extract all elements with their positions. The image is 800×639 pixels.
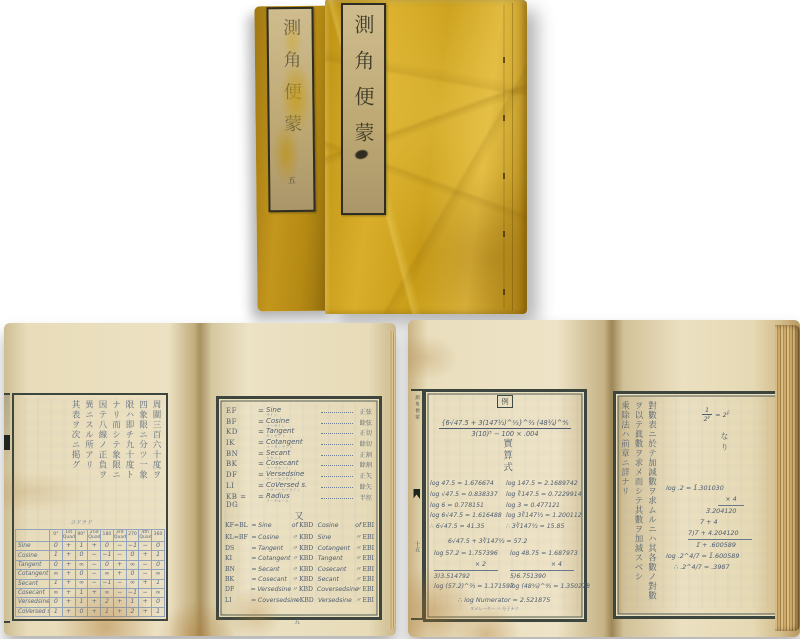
table-cell: 0: [50, 560, 63, 569]
function-name: Tangent: [258, 545, 290, 552]
connector: 〃: [354, 574, 363, 583]
table-cell: −: [139, 570, 152, 579]
table-cell: −: [139, 560, 152, 569]
log-column-d: log 48.75 = 1.687973× 45)6.751390log (48…: [510, 550, 590, 594]
result-line: ∴ log Numerator = 2.521875: [458, 596, 550, 604]
table-cell: −1: [126, 542, 139, 551]
table-cell: −: [139, 542, 152, 551]
closed-book-back: 測角便蒙 五: [254, 6, 335, 312]
connector: 〃: [354, 543, 363, 552]
math-lines: log .2 = 1̄.301030× 43̄.2041207̄ + 47)7̄…: [666, 484, 776, 574]
table-cell: 2: [126, 607, 139, 616]
table-row: Cotangent∞+0−∞+0−∞: [16, 570, 165, 579]
table-header-cell: 3rd Quad: [113, 530, 126, 542]
term-kanji: 正弦: [356, 407, 372, 416]
handwritten-line: 7̄ + 4: [700, 518, 776, 529]
table-cell: +: [88, 607, 101, 616]
table-cell: 0: [152, 542, 165, 551]
table-cell: ∞: [126, 579, 139, 588]
handwritten-line: 3)3.514792: [434, 573, 514, 584]
table-row: Versedsine0+1+2+1+0: [16, 598, 165, 607]
function-name: Secant: [318, 576, 354, 583]
function-name: Cosecant: [318, 566, 354, 573]
dot-leader: [321, 471, 353, 477]
relation-row: KL=BF=Cosine〃KBDSine〃EBI: [225, 532, 376, 542]
table-cell: ∞: [152, 570, 165, 579]
term: Radiusラーヂユース: [266, 493, 318, 504]
handwritten-line: 1̄ + .600589: [696, 541, 776, 552]
equals-sign: =: [258, 439, 266, 447]
vertical-text-column: 乘除法ハ前章ニ詳ナリ: [620, 401, 629, 496]
term-kanji: 餘切: [356, 439, 372, 448]
equals-sign: =: [258, 450, 266, 458]
table-row: Secant1+∞−−1−∞+1: [16, 579, 165, 588]
closed-book-front: 測角便蒙: [325, 0, 527, 314]
table-cell: +: [139, 551, 152, 560]
angle-label: KBD: [299, 555, 318, 562]
function-name: Versedsine: [318, 597, 354, 604]
table-cell: 0: [75, 570, 88, 579]
fraction-numerator: 1: [702, 406, 712, 415]
table-cell: +: [62, 551, 75, 560]
function-name: Cosecant: [258, 576, 290, 583]
equals-sign: =: [251, 522, 258, 529]
quadrant-sign-table: 0°1st Quad90°2nd Quad1803rd Quad2704th Q…: [15, 529, 165, 617]
table-header-cell: 90°: [75, 530, 88, 542]
relation-row: BN=Secant〃KBDCosecant〃EBI: [225, 564, 376, 574]
handwritten-line: log 47.5 = 1.676674: [430, 480, 502, 491]
relation-list: KF=BL=SineofKBDCosineofEBIKL=BF=Cosine〃K…: [225, 522, 376, 605]
book-title-text: 測角便蒙: [349, 14, 378, 158]
table-header-cell: [16, 530, 50, 542]
vertical-text-column: 周圍三百六十度ヲ: [152, 400, 161, 480]
table-cell: +: [62, 598, 75, 607]
table-cell: 0: [75, 607, 88, 616]
table-cell: ∞: [75, 560, 88, 569]
connector: 〃: [291, 595, 300, 604]
table-cell: 1: [152, 551, 165, 560]
table-cell: +: [62, 588, 75, 597]
fraction-formula: 1 2y = 2ȳ: [702, 406, 729, 423]
example-formula: {6√47.5 + 3(147½)^⅓}^⅔ (48¾)^⅘ 3(10)⁵ − …: [431, 410, 579, 438]
handwritten-line: log 3∛147½ = 1.200112: [506, 512, 582, 523]
row-label-cell: Sine: [16, 542, 50, 551]
table-cell: +: [62, 542, 75, 551]
table-cell: −1: [126, 588, 139, 597]
also-heading: 又: [219, 509, 379, 522]
handwritten-line: ∴ 6√47.5 = 41.35: [430, 523, 502, 534]
symbol-label: DS: [225, 545, 251, 552]
equals-sign: =: [251, 566, 258, 573]
dot-leader: [321, 482, 353, 488]
row-label-cell: Secant: [16, 579, 50, 588]
table-header-cell: 0°: [50, 530, 63, 542]
equals-sign: =: [258, 418, 266, 426]
vertical-text-column: 限ハ即チ九十度ト: [125, 400, 134, 480]
nari-text: なり: [719, 432, 730, 454]
table-header-cell: 180: [101, 530, 114, 542]
relation-row: KF=BL=SineofKBDCosineofEBI: [225, 522, 376, 532]
table-cell: 0: [50, 598, 63, 607]
table-cell: −: [88, 570, 101, 579]
table-cell: 1: [75, 542, 88, 551]
handwritten-line: log .2^4/7 = 1̄.600589: [666, 552, 776, 563]
equals-sign: =: [251, 576, 258, 583]
angle-label: KBD: [299, 576, 318, 583]
handwritten-line: log √47.5 = 0.838337: [430, 491, 502, 502]
photo-canvas: 測角便蒙 五 測角便蒙 周圍三百六十度ヲ四象限ニ分ツ一象限ハ即チ九十度トナリ而シ…: [0, 0, 800, 639]
function-name: Tangent: [318, 555, 354, 562]
connector: of: [290, 522, 299, 529]
dot-leader: [321, 418, 353, 424]
term-kanji: 餘割: [356, 460, 372, 469]
table-cell: ∞: [126, 560, 139, 569]
table-cell: −: [113, 579, 126, 588]
table-cell: −: [113, 588, 126, 597]
row-label-cell: CoVersed s.: [16, 607, 50, 616]
table-cell: ∞: [50, 570, 63, 579]
sum-line: 6√47.5 + 3∛147½ = 57.2: [448, 538, 527, 545]
table-cell: 0: [101, 542, 114, 551]
definition-row: LI=CoVersed s.コヴァーセドサイン餘矢: [226, 482, 372, 493]
formula-denominator: 3(10)⁵ − 100 × .004: [431, 430, 579, 438]
table-cell: +: [62, 560, 75, 569]
dot-leader: [321, 493, 353, 499]
equals-sign: =: [258, 407, 266, 415]
symbol-label: BF: [226, 418, 258, 426]
function-name: Cotangent: [258, 555, 290, 562]
table-cell: 1: [75, 598, 88, 607]
handwritten-line: log (48¾)^⅘ = 1.350278: [510, 583, 590, 594]
row-label-cell: Tangent: [16, 560, 50, 569]
table-cell: +: [113, 570, 126, 579]
vertical-text-column: 四象限ニ分ツ一象: [138, 400, 147, 480]
equals-sign: =: [258, 493, 266, 501]
table-cell: ∞: [101, 588, 114, 597]
table-cell: +: [139, 607, 152, 616]
connector: 〃: [290, 543, 299, 552]
angle-label: EBI: [363, 576, 377, 583]
page-edge-strip: [389, 331, 396, 629]
table-cell: +: [62, 570, 75, 579]
connector: 〃: [354, 584, 363, 593]
table-cell: +: [88, 542, 101, 551]
table-row: Cosine1+0−−1−0+1: [16, 551, 165, 560]
symbol-label: KD: [226, 428, 258, 436]
log-column-b: log 147.5 = 2.1689742log ∛147.5 = 0.7229…: [506, 480, 582, 534]
fraction-rhs: = 2ȳ: [715, 411, 729, 419]
handwritten-line: log 3 = 0.477121: [506, 502, 582, 513]
table-cell: 1: [152, 579, 165, 588]
handwritten-line: log 48.75 = 1.687973: [510, 550, 590, 561]
dot-leader: [321, 439, 353, 445]
handwritten-line: 5)6.751390: [510, 573, 590, 584]
symbol-label: EF: [226, 407, 258, 415]
binding-stitches: [503, 5, 505, 309]
function-name: Coversedsine: [317, 586, 354, 593]
volume-number: 五: [288, 175, 296, 186]
table-cell: −: [113, 551, 126, 560]
table-cell: −1: [101, 579, 114, 588]
table-cell: −: [88, 579, 101, 588]
handwritten-line: log 57.2 = 1.757396: [434, 550, 514, 561]
symbol-label: KF=BL: [225, 522, 251, 529]
table-cell: −: [88, 560, 101, 569]
table-cell: −: [113, 542, 126, 551]
connector: 〃: [354, 553, 363, 562]
table-cell: 0: [152, 560, 165, 569]
term: Sineサイン: [266, 407, 318, 418]
handwritten-line: ∴ .2^4/7 = .3987: [674, 563, 776, 574]
table-cell: ∞: [75, 579, 88, 588]
fraction: 1 2y: [702, 406, 712, 423]
angle-label: EBI: [362, 555, 376, 562]
angle-label: KBD: [299, 522, 318, 529]
table-cell: +: [139, 579, 152, 588]
definition-row: BN=Secantセカント正割: [226, 450, 372, 461]
table-cell: 1: [50, 551, 63, 560]
definition-row: BF=Cosineコーサイン餘弦: [226, 418, 372, 429]
table-cell: +: [62, 607, 75, 616]
table-header-cell: 1st Quad: [62, 530, 75, 542]
table-cell: 1: [126, 598, 139, 607]
table-cell: +: [88, 598, 101, 607]
table-cell: −1: [101, 551, 114, 560]
ink-blotch: [351, 146, 373, 163]
handwritten-line: ∴ 3∛147½ = 15.85: [506, 523, 582, 534]
function-name: Coversedsine: [258, 597, 291, 604]
vertical-text-column: ヲ以テ眞數ヲ求メ而シテ其數ヲ加減スベシ: [634, 401, 643, 582]
function-name: Cosine: [258, 534, 290, 541]
table-cell: +: [113, 560, 126, 569]
handwritten-line: × 2: [434, 561, 498, 571]
table-cell: +: [88, 588, 101, 597]
handwritten-line: × 4: [718, 495, 744, 506]
symbol-label: DF: [225, 586, 251, 593]
row-label-cell: Cosecant: [16, 588, 50, 597]
handwritten-line: 3̄.204120: [706, 507, 776, 518]
angle-label: EBI: [362, 597, 376, 604]
term: CoVersed s.コヴァーセドサイン: [266, 482, 318, 493]
angle-label: KBD: [299, 586, 317, 593]
dot-leader: [321, 450, 353, 456]
angle-label: KBD: [299, 545, 318, 552]
definition-row: IK=Cotangentコータンゼント餘切: [226, 439, 372, 450]
table-cell: +: [113, 607, 126, 616]
table-header-cell: 270: [126, 530, 139, 542]
table-cell: 0: [152, 598, 165, 607]
row-label-cell: Versedsine: [16, 598, 50, 607]
binding-stitch-line: [512, 3, 513, 311]
term-kanji: 正割: [356, 450, 372, 459]
table-row: CoVersed s.1+0+1+2+1: [16, 607, 165, 616]
relation-row: DF=Versedsine〃KBDCoversedsine〃EBI: [225, 584, 376, 594]
symbol-label: KB = DG: [226, 493, 258, 509]
log-column-a: log 47.5 = 1.676674log √47.5 = 0.838337l…: [430, 480, 502, 534]
relation-row: DS=Tangent〃KBDCotangent〃EBI: [225, 543, 376, 553]
connector: of: [354, 522, 363, 529]
page-frame-worked-example: 例 {6√47.5 + 3(147½)^⅓}^⅔ (48¾)^⅘ 3(10)⁵ …: [423, 389, 587, 622]
result-annotation: ヌメレーター ハ 分子ナリ: [470, 606, 519, 612]
angle-label: KBD: [299, 566, 318, 573]
table-cell: −: [139, 588, 152, 597]
table-cell: ∞: [152, 588, 165, 597]
handwritten-line: 7)7̄ + 4.204120: [688, 529, 752, 540]
table-row: Sine0+1+0−−1−0: [16, 542, 165, 551]
symbol-label: BN: [225, 566, 251, 573]
connector: 〃: [354, 532, 363, 541]
title-slip-front: 測角便蒙: [341, 3, 386, 215]
table-cell: ∞: [101, 570, 114, 579]
vertical-text-column: 因テ八線ノ正負ヲ: [98, 400, 107, 480]
fishtail-mark: [413, 489, 420, 499]
table-cell: 0: [75, 551, 88, 560]
angle-label: EBI: [363, 534, 377, 541]
symbol-label: IK: [226, 439, 258, 447]
table-cell: 0: [50, 542, 63, 551]
table-annotation: コドラド: [70, 518, 92, 526]
relation-row: KI=Cotangent〃KBDTangent〃EBI: [225, 553, 376, 563]
symbol-label: BK: [225, 576, 251, 583]
table-header-cell: 2nd Quad: [88, 530, 101, 542]
vertical-text-column: 對數表ニ於テ加減數ヲ求ムルニハ其各數ノ對數: [647, 401, 656, 601]
handwritten-line: log 6 = 0.778151: [430, 502, 502, 513]
fraction-denominator: 2y: [702, 415, 712, 423]
previous-page-edge: [4, 393, 10, 623]
connector: 〃: [354, 595, 363, 604]
title-slip-back: 測角便蒙 五: [266, 7, 315, 212]
page-frame-definitions: EF=Sineサイン正弦BF=Cosineコーサイン餘弦KD=Tangentタン…: [216, 396, 382, 620]
table-cell: ∞: [50, 588, 63, 597]
symbol-label: BN: [226, 450, 258, 458]
symbol-label: KI: [225, 555, 251, 562]
relation-row: BK=Cosecant〃KBDSecant〃EBI: [225, 574, 376, 584]
term-kana: ラーヂユース: [266, 500, 318, 504]
handwritten-line: log ∛147.5 = 0.7229914: [506, 491, 582, 502]
margin-title: 測角便蒙: [414, 395, 420, 421]
vertical-text-block: 周圍三百六十度ヲ四象限ニ分ツ一象限ハ即チ九十度トナリ而シテ象限ニ因テ八線ノ正負ヲ…: [71, 400, 161, 518]
table-header-cell: 360: [152, 530, 165, 542]
equals-sign: =: [251, 555, 258, 562]
term-kanji: 正切: [356, 428, 372, 437]
symbol-label: LI: [225, 597, 251, 604]
page-marker: 五: [294, 617, 300, 626]
angle-label: KBD: [299, 534, 318, 541]
vertical-text-block: 對數表ニ於テ加減數ヲ求ムルニハ其各數ノ對數ヲ以テ眞數ヲ求メ而シテ其數ヲ加減スベシ…: [620, 401, 656, 611]
equals-sign: =: [258, 428, 266, 436]
angle-label: EBI: [362, 586, 376, 593]
equals-sign: =: [251, 597, 258, 604]
handwritten-line: log (57.2)^⅔ = 1.171597: [434, 583, 514, 594]
dot-leader: [321, 407, 353, 413]
stacked-page-edges: [775, 325, 800, 631]
handwritten-line: × 4: [510, 561, 574, 571]
definition-list: EF=Sineサイン正弦BF=Cosineコーサイン餘弦KD=Tangentタン…: [226, 407, 372, 503]
vertical-text-column: ナリ而シテ象限ニ: [111, 400, 120, 480]
open-spread-right: 測角便蒙 十五 例 {6√47.5 + 3(147½)^⅓}^⅔ (48¾)^⅘…: [408, 320, 800, 637]
symbol-label: BK: [226, 460, 258, 468]
term-kanji: 餘弦: [356, 418, 372, 427]
equals-sign: =: [258, 471, 266, 479]
table-cell: 1: [75, 588, 88, 597]
margin-page-number: 十五: [413, 541, 421, 552]
table-cell: 1: [152, 607, 165, 616]
function-name: Versedsine: [257, 586, 290, 593]
connector: 〃: [290, 553, 299, 562]
equals-sign: =: [251, 586, 258, 593]
connector: 〃: [354, 564, 363, 573]
table-row: Cosecant∞+1+∞−−1−∞: [16, 588, 165, 597]
dot-leader: [321, 460, 353, 466]
vertical-text-column: 其表ヲ次ニ掲グ: [71, 400, 80, 470]
symbol-label: DF: [226, 471, 258, 479]
relation-row: LI=Coversedsine〃KBDVersedsine〃EBI: [225, 595, 376, 605]
term-kanji: 半徑: [356, 493, 372, 502]
handwritten-line: log 6√47.5 = 1.616488: [430, 512, 502, 523]
table-cell: 1: [50, 579, 63, 588]
connector: 〃: [290, 564, 299, 573]
table-header-row: 0°1st Quad90°2nd Quad1803rd Quad2704th Q…: [16, 530, 165, 542]
table-cell: +: [113, 598, 126, 607]
connector: 〃: [290, 532, 299, 541]
handwritten-line: log 147.5 = 2.1689742: [506, 480, 582, 491]
formula-numerator: {6√47.5 + 3(147½)^⅓}^⅔ (48¾)^⅘: [439, 419, 570, 429]
angle-label: EBI: [363, 545, 377, 552]
equals-sign: =: [251, 545, 258, 552]
definition-row: KB = DG=Radiusラーヂユース半徑: [226, 493, 372, 504]
connector: 〃: [290, 574, 299, 583]
function-name: Secant: [258, 566, 290, 573]
symbol-label: KL=BF: [225, 534, 251, 541]
function-name: Cotangent: [318, 545, 354, 552]
angle-label: KBD: [300, 597, 318, 604]
equals-sign: =: [258, 460, 266, 468]
folded-leaf-margin: 測角便蒙 十五: [411, 389, 423, 620]
table-cell: +: [139, 598, 152, 607]
table-cell: 0: [126, 570, 139, 579]
table-cell: 1: [50, 607, 63, 616]
table-cell: 0: [126, 551, 139, 560]
row-label-cell: Cotangent: [16, 570, 50, 579]
term-kanji: 餘矢: [356, 482, 372, 491]
table-cell: 2: [101, 598, 114, 607]
angle-label: EBI: [363, 522, 377, 529]
dot-leader: [321, 428, 353, 434]
table-cell: 1: [101, 607, 114, 616]
margin-notch: [4, 435, 10, 450]
example-label: 例: [497, 395, 513, 408]
connector: 〃: [290, 584, 299, 593]
calculation-heading: 實算式: [499, 438, 513, 474]
table-cell: 0: [101, 560, 114, 569]
equals-sign: =: [251, 534, 258, 541]
vertical-text-column: 異ニスル所アリ: [84, 400, 93, 470]
definition-row: EF=Sineサイン正弦: [226, 407, 372, 418]
log-column-c: log 57.2 = 1.757396× 23)3.514792log (57.…: [434, 550, 514, 594]
symbol-label: LI: [226, 482, 258, 490]
page-frame-log-text: 對數表ニ於テ加減數ヲ求ムルニハ其各數ノ對數ヲ以テ眞數ヲ求メ而シテ其數ヲ加減スベシ…: [613, 391, 782, 619]
function-name: Sine: [258, 522, 290, 529]
function-name: Sine: [318, 534, 354, 541]
table-row: Tangent0+∞−0+∞−0: [16, 560, 165, 569]
row-label-cell: Cosine: [16, 551, 50, 560]
angle-label: EBI: [363, 566, 377, 573]
handwritten-line: log .2 = 1̄.301030: [666, 484, 776, 495]
table-cell: −: [88, 551, 101, 560]
table-cell: +: [62, 579, 75, 588]
page-frame-quadrant-table: 周圍三百六十度ヲ四象限ニ分ツ一象限ハ即チ九十度トナリ而シテ象限ニ因テ八線ノ正負ヲ…: [12, 393, 168, 621]
function-name: Cosine: [318, 522, 354, 529]
